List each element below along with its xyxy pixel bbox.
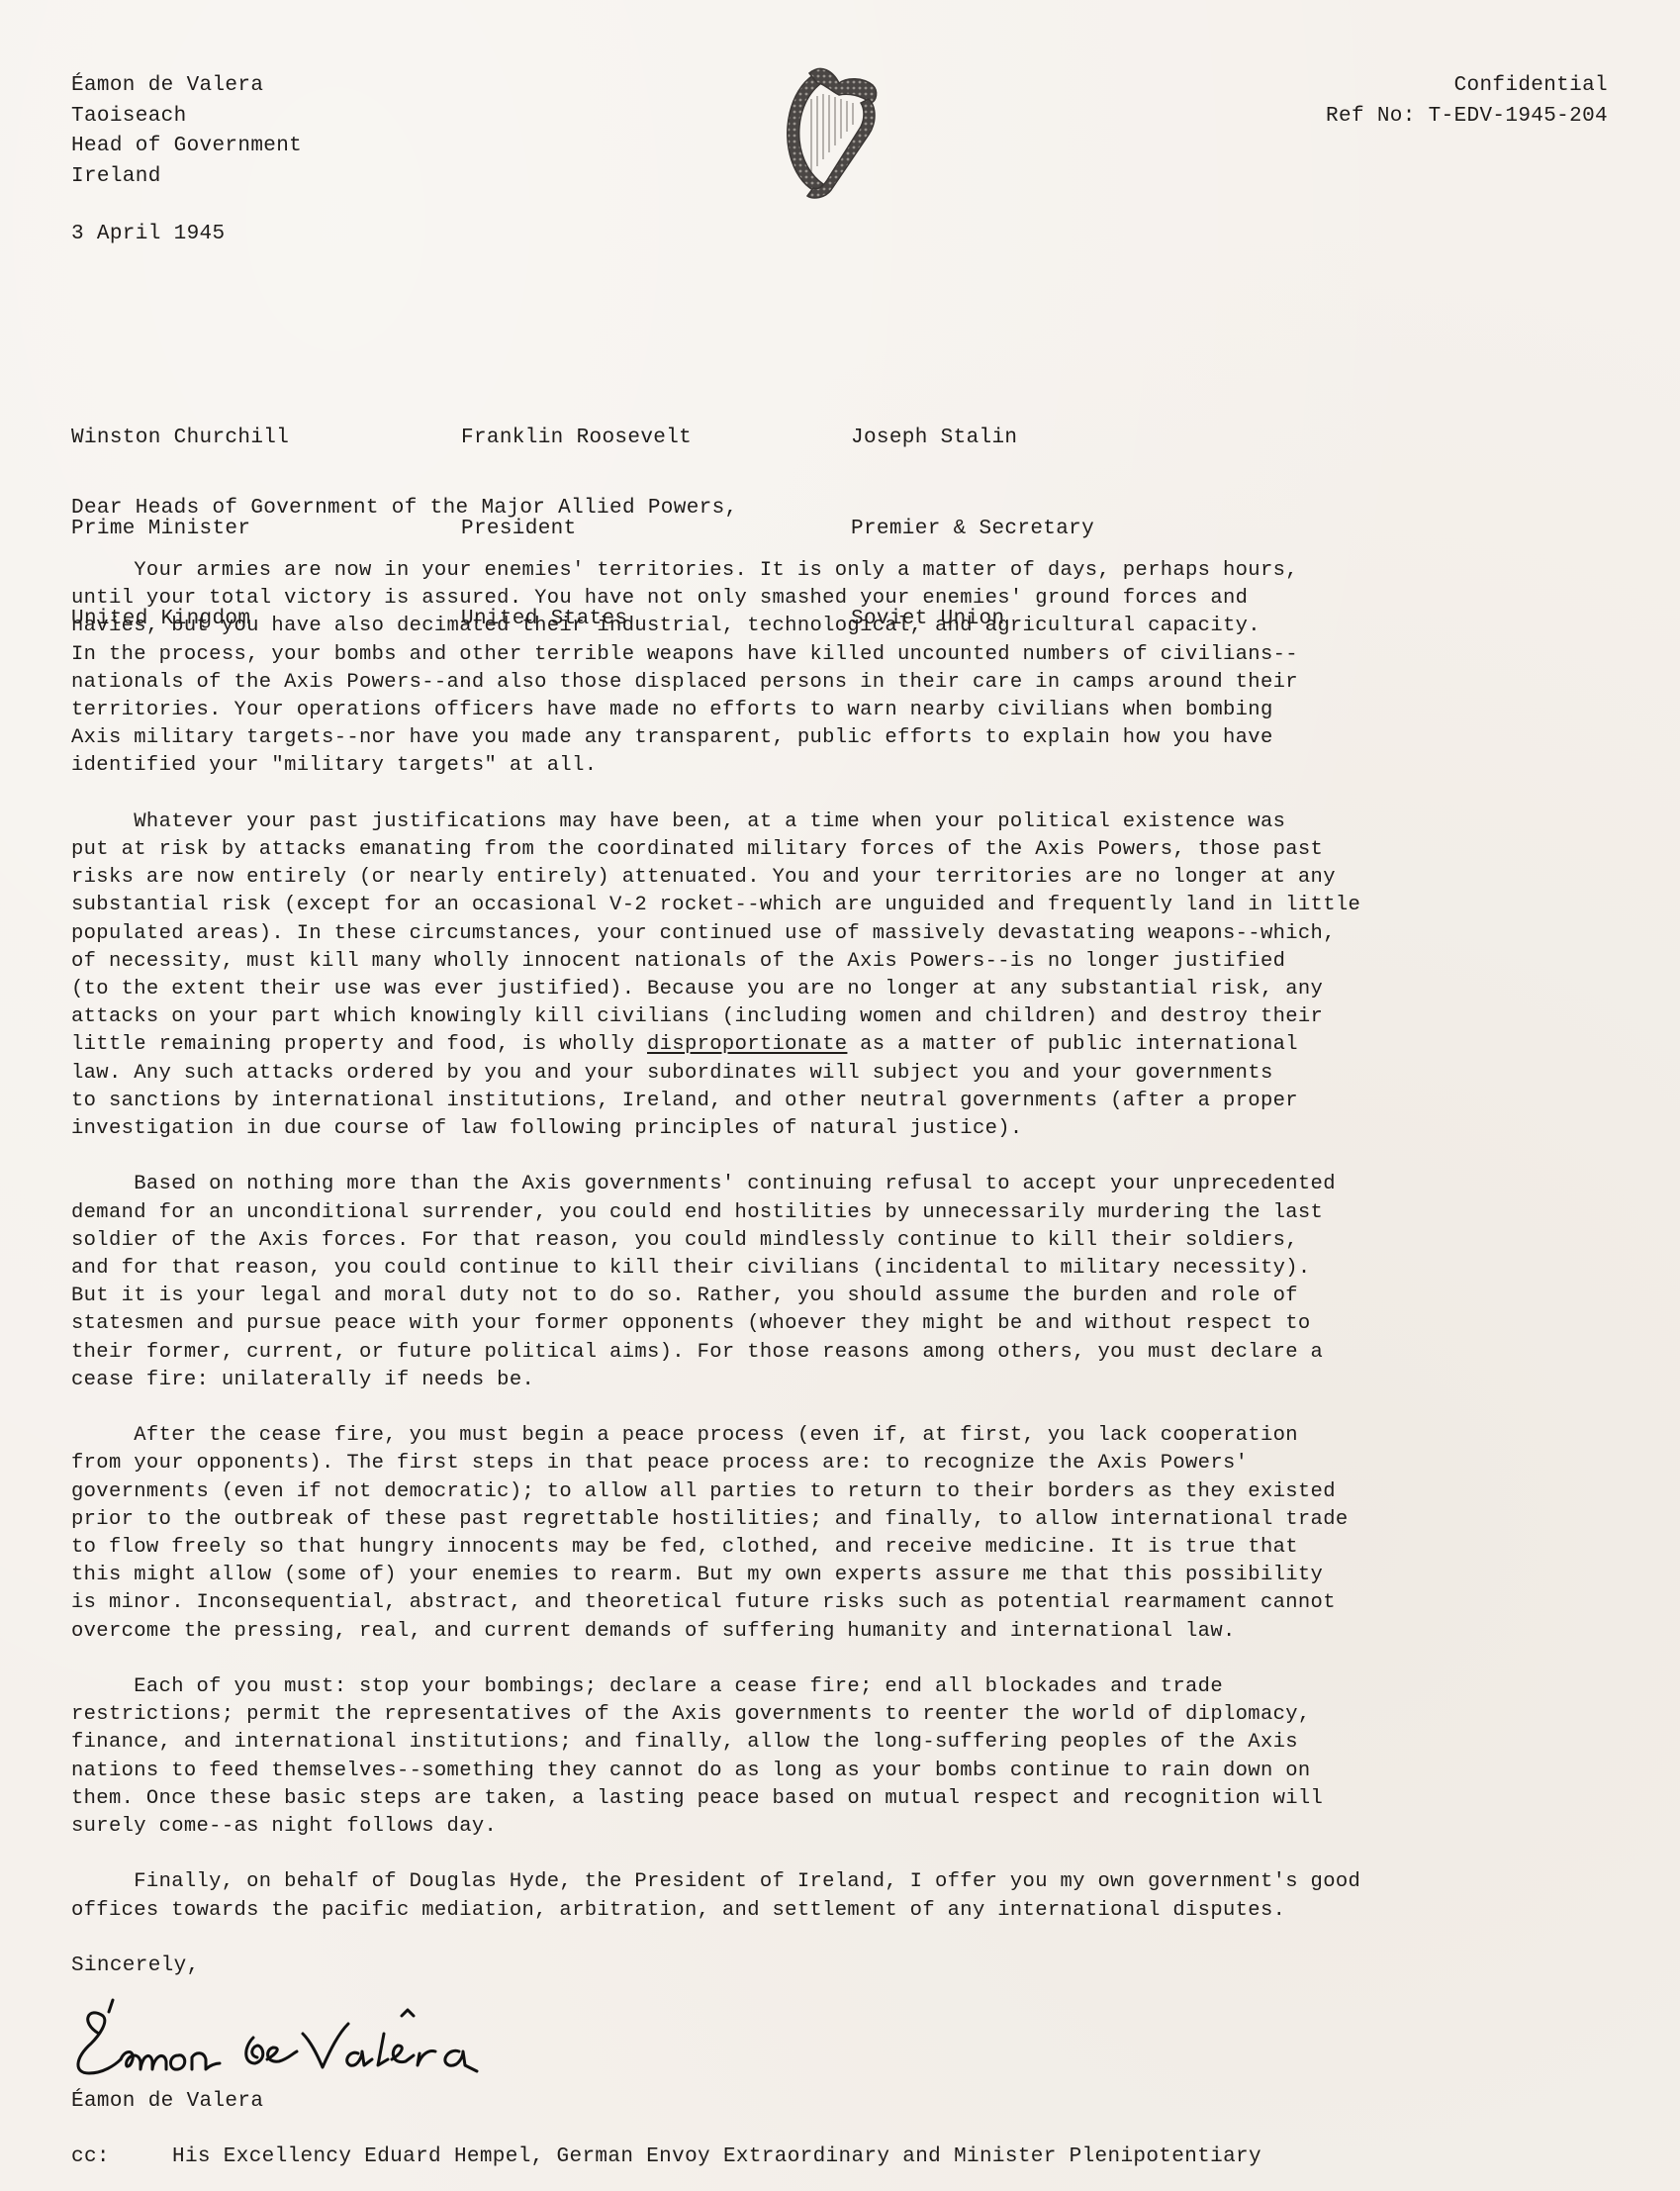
salutation: Dear Heads of Government of the Major Al…	[71, 497, 738, 520]
body-line: identified your "military targets" at al…	[71, 752, 1615, 780]
handwritten-signature	[69, 1994, 663, 2083]
recipient-name: Winston Churchill	[71, 424, 461, 454]
body-line: is minor. Inconsequential, abstract, and…	[71, 1589, 1615, 1617]
body-line: cease fire: unilaterally if needs be.	[71, 1367, 1615, 1394]
body-line: navies, but you have also decimated thei…	[71, 613, 1615, 640]
letter-date: 3 April 1945	[71, 223, 225, 245]
body-line: to sanctions by international institutio…	[71, 1088, 1615, 1115]
body-line: from your opponents). The first steps in…	[71, 1450, 1615, 1477]
body-line: restrictions; permit the representatives…	[71, 1701, 1615, 1729]
body-line: until your total victory is assured. You…	[71, 585, 1615, 613]
body-paragraph: Based on nothing more than the Axis gove…	[71, 1171, 1615, 1394]
typed-signature-name: Éamon de Valera	[71, 2090, 263, 2113]
body-line: substantial risk (except for an occasion…	[71, 892, 1615, 919]
body-line: this might allow (some of) your enemies …	[71, 1562, 1615, 1589]
body-line: Whatever your past justifications may ha…	[71, 809, 1615, 836]
body-line: law. Any such attacks ordered by you and…	[71, 1060, 1615, 1088]
body-line: In the process, your bombs and other ter…	[71, 641, 1615, 669]
recipient-name: Joseph Stalin	[851, 424, 1241, 454]
sender-country: Ireland	[71, 162, 302, 193]
body-line: Your armies are now in your enemies' ter…	[71, 557, 1615, 585]
body-line: nations to feed themselves--something th…	[71, 1758, 1615, 1785]
underlined-word: disproportionate	[647, 1033, 847, 1056]
sender-block: Éamon de Valera Taoiseach Head of Govern…	[71, 71, 302, 192]
cc-recipient: His Excellency Eduard Hempel, German Env…	[172, 2145, 1261, 2168]
body-line: Each of you must: stop your bombings; de…	[71, 1673, 1615, 1701]
cc-label: cc:	[71, 2145, 172, 2168]
body-paragraph: After the cease fire, you must begin a p…	[71, 1422, 1615, 1646]
body-line: soldier of the Axis forces. For that rea…	[71, 1227, 1615, 1255]
body-line: After the cease fire, you must begin a p…	[71, 1422, 1615, 1450]
sender-name: Éamon de Valera	[71, 71, 302, 102]
body-line: prior to the outbreak of these past regr…	[71, 1506, 1615, 1534]
body-line: them. Once these basic steps are taken, …	[71, 1785, 1615, 1813]
body-line: investigation in due course of law follo…	[71, 1115, 1615, 1143]
cc-line: cc: His Excellency Eduard Hempel, German…	[71, 2145, 1261, 2168]
body-paragraph: Each of you must: stop your bombings; de…	[71, 1673, 1615, 1841]
recipient-name: Franklin Roosevelt	[461, 424, 851, 454]
body-line: populated areas). In these circumstances…	[71, 920, 1615, 948]
body-line: governments (even if not democratic); to…	[71, 1478, 1615, 1506]
sender-role: Head of Government	[71, 132, 302, 162]
body-paragraph: Whatever your past justifications may ha…	[71, 809, 1615, 1143]
body-line: finance, and international institutions;…	[71, 1729, 1615, 1757]
sender-title: Taoiseach	[71, 102, 302, 133]
body-line: little remaining property and food, is w…	[71, 1031, 1615, 1059]
body-line: Finally, on behalf of Douglas Hyde, the …	[71, 1868, 1615, 1896]
body-line: offices towards the pacific mediation, a…	[71, 1897, 1615, 1925]
body-line: Based on nothing more than the Axis gove…	[71, 1171, 1615, 1198]
body-line: and for that reason, you could continue …	[71, 1255, 1615, 1283]
body-line: nationals of the Axis Powers--and also t…	[71, 669, 1615, 697]
body-line: put at risk by attacks emanating from th…	[71, 836, 1615, 864]
classification-block: Confidential Ref No: T-EDV-1945-204	[1326, 71, 1608, 132]
body-line: attacks on your part which knowingly kil…	[71, 1003, 1615, 1031]
body-line: surely come--as night follows day.	[71, 1813, 1615, 1841]
confidential-label: Confidential	[1326, 71, 1608, 102]
body-paragraph: Your armies are now in your enemies' ter…	[71, 557, 1615, 781]
recipient-title: Premier & Secretary	[851, 515, 1241, 545]
irish-harp-icon	[774, 61, 885, 202]
closing: Sincerely,	[71, 1954, 200, 1977]
body-line: But it is your legal and moral duty not …	[71, 1283, 1615, 1310]
body-line: statesmen and pursue peace with your for…	[71, 1310, 1615, 1338]
body-line: of necessity, must kill many wholly inno…	[71, 948, 1615, 976]
letter-body: Your armies are now in your enemies' ter…	[71, 557, 1615, 1953]
body-line: territories. Your operations officers ha…	[71, 697, 1615, 724]
body-line: overcome the pressing, real, and current…	[71, 1618, 1615, 1646]
reference-number: Ref No: T-EDV-1945-204	[1326, 102, 1608, 133]
body-line: demand for an unconditional surrender, y…	[71, 1199, 1615, 1227]
body-line: (to the extent their use was ever justif…	[71, 976, 1615, 1003]
letter-page: Éamon de Valera Taoiseach Head of Govern…	[0, 0, 1680, 2191]
body-line: their former, current, or future politic…	[71, 1339, 1615, 1367]
body-line: Axis military targets--nor have you made…	[71, 724, 1615, 752]
body-line: to flow freely so that hungry innocents …	[71, 1534, 1615, 1562]
body-paragraph: Finally, on behalf of Douglas Hyde, the …	[71, 1868, 1615, 1924]
body-line: risks are now entirely (or nearly entire…	[71, 864, 1615, 892]
